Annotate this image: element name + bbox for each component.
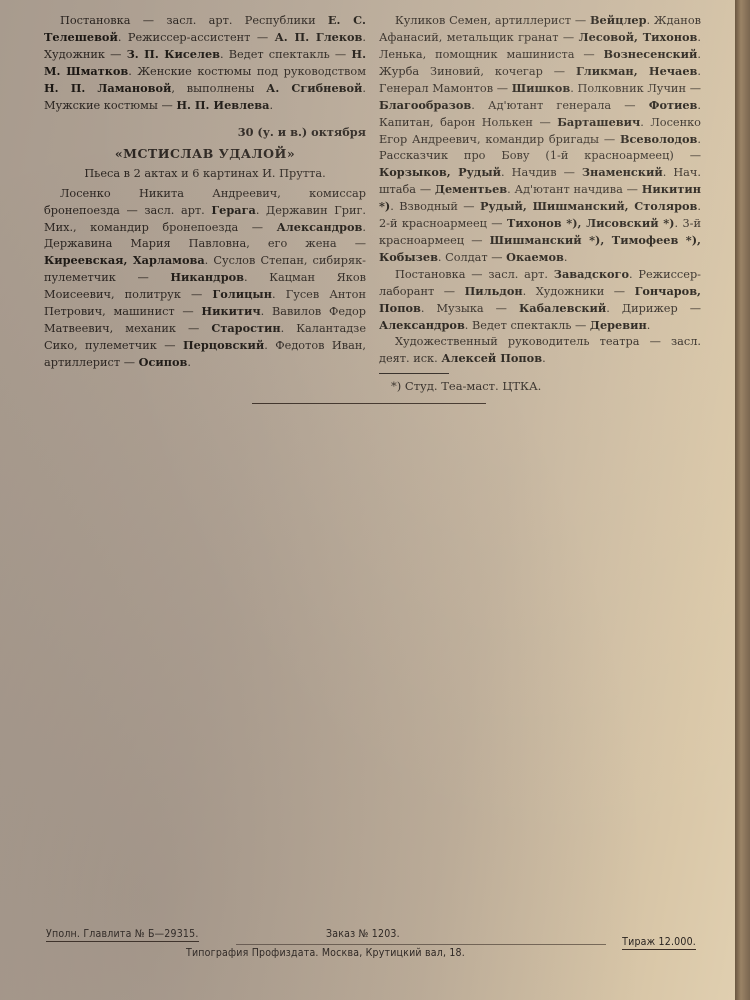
performer-name: Корзыков, Рудый (379, 165, 501, 179)
performer-name: Александров (379, 318, 465, 332)
footnote-rule (379, 373, 449, 374)
performer-name: Герага (211, 203, 255, 217)
performer-name: Дементьев (435, 182, 507, 196)
performer-name: Киреевская, Харламова (44, 253, 205, 267)
previous-play-credits: Постановка — засл. арт. Республики Е. С.… (44, 12, 366, 114)
order-number: Заказ № 1203. (326, 928, 400, 940)
performer-name: Вознесенский (604, 47, 698, 61)
performance-date: 30 (у. и в.) октября (44, 124, 366, 140)
play-subtitle: Пьеса в 2 актах и 6 картинах И. Прутта. (44, 166, 366, 182)
performer-name: Деревин (590, 318, 647, 332)
performer-name: Фотиев (649, 98, 698, 112)
production-credits: Постановка — засл. арт. Завадского. Режи… (379, 266, 701, 334)
performer-name: Шишков (512, 81, 570, 95)
performer-name: Вейцлер (590, 13, 647, 27)
censor-number: Уполн. Главлита № Б—29315. (46, 928, 199, 942)
imprint-rule (236, 944, 606, 945)
section-divider (252, 403, 486, 404)
footnote: *) Студ. Теа-маст. ЦТКА. (379, 378, 701, 394)
performer-name: Благообразов (379, 98, 471, 112)
performer-name: Пильдон (465, 284, 523, 298)
performer-name: Барташевич (557, 115, 640, 129)
performer-name: Окаемов (506, 250, 564, 264)
right-column: Куликов Семен, артиллерист — Вейцлер. Жд… (379, 12, 701, 394)
performer-name: Рудый, Шишманский, Столяров (480, 199, 697, 213)
performer-name: Кабалевский (519, 301, 606, 315)
performer-name: Н. П. Ламановой (44, 81, 171, 95)
performer-name: Старостин (211, 321, 280, 335)
performer-name: Завадского (554, 267, 629, 281)
paper-edge (735, 0, 750, 1000)
performer-name: Осипов (139, 355, 188, 369)
performer-name: Всеволодов (620, 132, 697, 146)
imprint-footer: Уполн. Главлита № Б—29315. Заказ № 1203.… (46, 928, 696, 959)
performer-name: Алексей Попов (441, 351, 542, 365)
cast-list: Лосенко Никита Андреевич, комиссар броне… (44, 186, 366, 371)
play-title: «МСТИСЛАВ УДАЛОЙ» (44, 146, 366, 162)
program-page: Постановка — засл. арт. Республики Е. С.… (0, 0, 735, 1000)
performer-name: Н. П. Иевлева (176, 98, 269, 112)
performer-name: Никитич (201, 304, 260, 318)
artistic-director: Художественный руководитель театра — зас… (379, 334, 701, 367)
performer-name: А. Сгибневой (266, 81, 362, 95)
performer-name: Тихонов *), Лисовский *) (507, 216, 675, 230)
performer-name: Никандров (170, 270, 244, 284)
performer-name: Знаменский (582, 165, 663, 179)
performer-name: Голицын (212, 287, 272, 301)
performer-name: З. П. Киселев (127, 47, 220, 61)
printer-info: Типография Профиздата. Москва, Крутицкий… (186, 947, 696, 959)
performer-name: Перцовский (183, 338, 264, 352)
performer-name: Гликман, Нечаев (576, 64, 697, 78)
performer-name: Лесовой, Тихонов (579, 30, 698, 44)
left-column: Постановка — засл. арт. Республики Е. С.… (44, 12, 366, 371)
performer-name: Александров (277, 220, 363, 234)
performer-name: А. П. Глеков (275, 30, 363, 44)
cast-list-continued: Куликов Семен, артиллерист — Вейцлер. Жд… (379, 12, 701, 266)
